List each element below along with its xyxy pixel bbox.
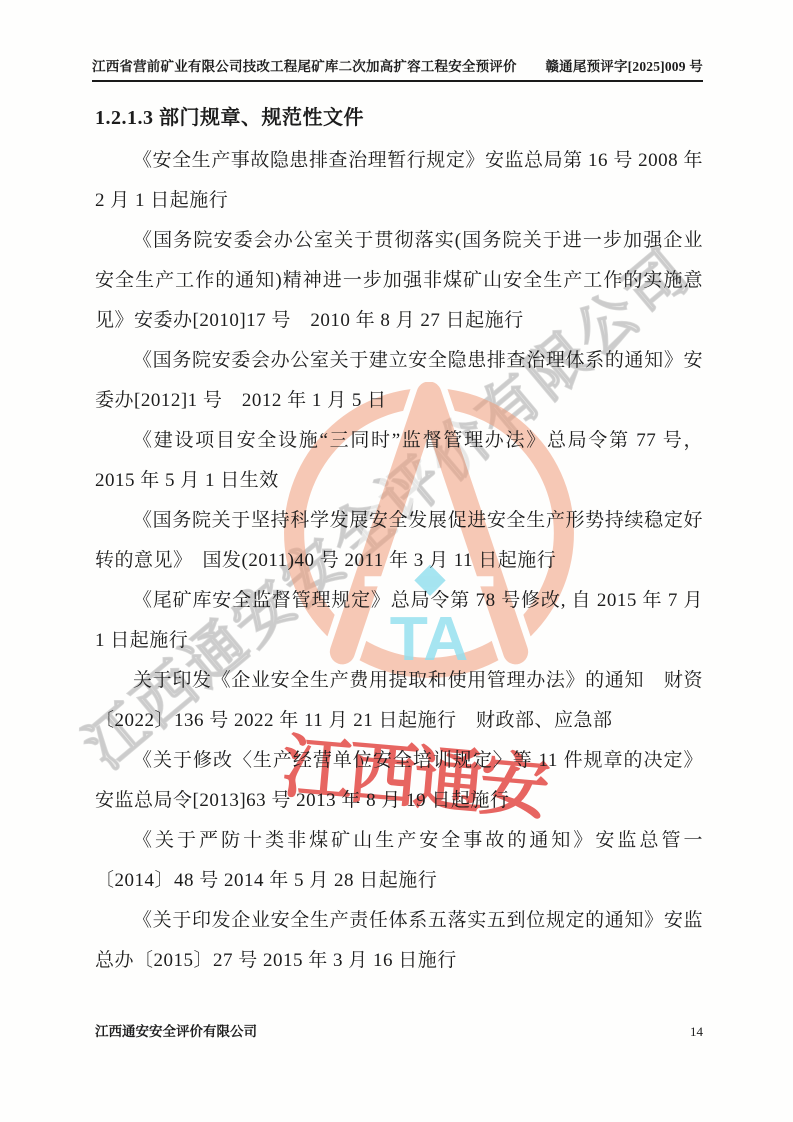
paragraph-regulation-10: 《关于印发企业安全生产责任体系五落实五到位规定的通知》安监总办〔2015〕27 … (95, 901, 703, 981)
paragraph-regulation-1: 《安全生产事故隐患排查治理暂行规定》安监总局第 16 号 2008 年 2 月 … (95, 141, 703, 221)
paragraph-regulation-7: 关于印发《企业安全生产费用提取和使用管理办法》的通知 财资〔2022〕136 号… (95, 661, 703, 741)
content-layer: 江西省营前矿业有限公司技改工程尾矿库二次加高扩容工程安全预评价 赣通尾预评字[2… (0, 0, 793, 1122)
page-footer: 江西通安安全评价有限公司 14 (95, 1020, 703, 1040)
document-page: 江西通安安全评价有限公司 TA 江西通安 江西省营前矿业有限公司技改工程尾矿库二… (0, 0, 793, 1122)
document-body: 1.2.1.3 部门规章、规范性文件 《安全生产事故隐患排查治理暂行规定》安监总… (95, 103, 703, 981)
paragraph-regulation-6: 《尾矿库安全监督管理规定》总局令第 78 号修改, 自 2015 年 7 月 1… (95, 581, 703, 661)
paragraph-regulation-3: 《国务院安委会办公室关于建立安全隐患排查治理体系的通知》安委办[2012]1 号… (95, 341, 703, 421)
paragraph-regulation-4: 《建设项目安全设施“三同时”监督管理办法》总局令第 77 号，2015 年 5 … (95, 421, 703, 501)
paragraph-regulation-8: 《关于修改〈生产经营单位安全培训规定〉等 11 件规章的决定》安监总局令[201… (95, 741, 703, 821)
section-heading: 1.2.1.3 部门规章、规范性文件 (95, 103, 703, 133)
footer-company-name: 江西通安安全评价有限公司 (95, 1020, 257, 1040)
header-doc-number: 赣通尾预评字[2025]009 号 (545, 55, 703, 75)
footer-page-number: 14 (690, 1024, 703, 1040)
paragraph-regulation-2: 《国务院安委会办公室关于贯彻落实(国务院关于进一步加强企业安全生产工作的通知)精… (95, 221, 703, 341)
page-header: 江西省营前矿业有限公司技改工程尾矿库二次加高扩容工程安全预评价 赣通尾预评字[2… (92, 55, 703, 82)
paragraph-regulation-5: 《国务院关于坚持科学发展安全发展促进安全生产形势持续稳定好转的意见》 国发(20… (95, 501, 703, 581)
paragraph-regulation-9: 《关于严防十类非煤矿山生产安全事故的通知》安监总管一〔2014〕48 号 201… (95, 821, 703, 901)
header-report-title: 江西省营前矿业有限公司技改工程尾矿库二次加高扩容工程安全预评价 (92, 55, 517, 75)
